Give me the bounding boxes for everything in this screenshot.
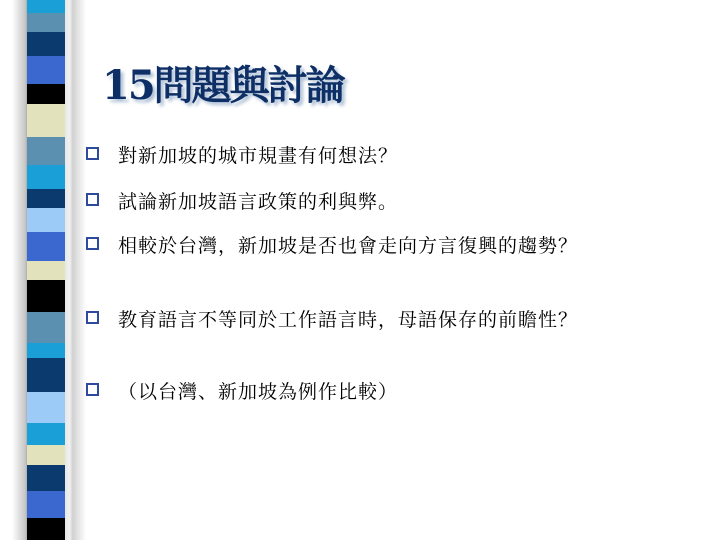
bullet-text: （以台灣、新加坡為例作比較）: [118, 378, 658, 406]
stripe: [27, 32, 65, 56]
stripe: [27, 423, 65, 445]
stripe: [27, 232, 65, 261]
hollow-square-icon: [86, 237, 99, 250]
bullet-text: 教育語言不等同於工作語言時，母語保存的前瞻性？: [118, 306, 658, 334]
decorative-stripe-bar: [27, 0, 65, 540]
hollow-square-icon: [86, 193, 99, 206]
stripe: [27, 208, 65, 232]
stripe: [27, 392, 65, 423]
stripe: [27, 491, 65, 518]
stripe: [27, 137, 65, 165]
stripe: [27, 104, 65, 137]
stripe: [27, 280, 65, 312]
stripe: [27, 261, 65, 280]
hollow-square-icon: [86, 311, 99, 324]
stripe: [27, 165, 65, 189]
slide-title: 15問題與討論: [102, 58, 344, 114]
stripe: [27, 465, 65, 491]
stripe: [27, 358, 65, 392]
stripe: [27, 84, 65, 104]
bullet-text: 對新加坡的城市規畫有何想法？: [118, 142, 658, 170]
bullet-text: 相較於台灣，新加坡是否也會走向方言復興的趨勢？: [118, 232, 658, 260]
stripe: [27, 343, 65, 358]
slide: 15問題與討論 對新加坡的城市規畫有何想法？ 試論新加坡語言政策的利與弊。 相較…: [0, 0, 720, 540]
stripe: [27, 0, 65, 13]
hollow-square-icon: [86, 383, 99, 396]
stripe: [27, 13, 65, 32]
stripe: [27, 189, 65, 208]
stripe: [27, 445, 65, 465]
bullet-text: 試論新加坡語言政策的利與弊。: [118, 188, 658, 216]
stripe: [27, 56, 65, 84]
hollow-square-icon: [86, 147, 99, 160]
stripe: [27, 312, 65, 343]
stripe: [27, 518, 65, 540]
